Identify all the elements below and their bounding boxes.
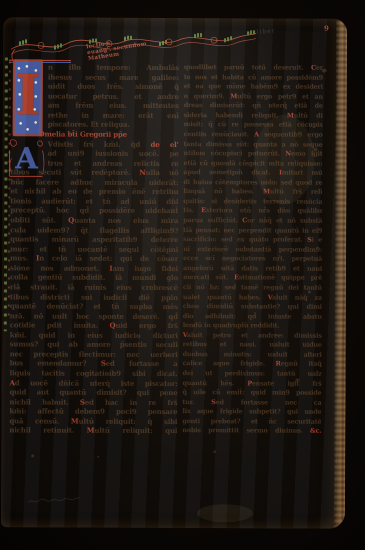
- text-line: sideria habendi reliquit. Multū di: [184, 111, 323, 121]
- text-line: parua sufficiūt. Cor nāq̄ et nō substā: [183, 216, 322, 226]
- parchment-stain: [213, 450, 216, 453]
- text-line: nichil retinuit. Multū reliquit: qui: [9, 426, 177, 436]
- manuscript-page: lectio s. euang'. secundum Matheum a lib…: [1, 17, 347, 528]
- text-line: sacrificio: sed ex quāto proferat. Si e: [183, 235, 322, 245]
- text-line: mercati sūt. Estimationē quippe prē: [183, 273, 322, 283]
- photo-backdrop: lectio s. euang'. secundum Matheum a lib…: [0, 0, 365, 550]
- text-line: q̄ uile cū emit̄: quid min9 posside: [182, 388, 321, 398]
- faded-inscription: [27, 494, 81, 506]
- text-line: retibus et naui. ualuit uidue: [183, 340, 322, 350]
- text-line: te nos et habita cū amore possidēm9: [184, 73, 323, 83]
- parchment-stain: [97, 456, 99, 458]
- text-line: tiā pensat: nec perpendit quantū in ei9: [183, 226, 322, 236]
- text-column-left: n illo tempore: Ambulāsihesus secus mare…: [9, 62, 179, 436]
- text-column-right: quodlibet paruū totū deseruit. Certe nos…: [182, 63, 323, 437]
- text-line: nī exteriorē substantiā perpendim9:: [183, 245, 322, 255]
- text-line: calice aque frigide. Regnū itaq̄: [183, 359, 322, 369]
- book-fore-edge: [334, 19, 347, 529]
- text-line: lendū in quadruplū reddidit.: [183, 321, 322, 331]
- text-line: quantū hēs. Pensate igit frs̄: [182, 379, 321, 389]
- text-line: cii nō hz: sed tamē regnū dei tantū: [183, 283, 322, 293]
- parchment-stain: [308, 291, 311, 294]
- text-line: nobis promittit sermo diuinus. &c.: [182, 426, 321, 436]
- text-line: angelorū uitā datis retib9 et naui: [183, 264, 322, 274]
- text-line: cheo dimidiū substantie? qui dimi: [183, 302, 322, 312]
- text-line: o querim9. Multū ergo petr9 et an: [184, 92, 323, 102]
- parchment-stain: [322, 69, 327, 73]
- text-line: lix aque frigide subpetit? qui unde: [182, 407, 321, 417]
- folio-number: 9: [324, 24, 329, 33]
- text-line: quodlibet paruū totū deseruit. Cer: [184, 63, 323, 73]
- parchment-stain: [314, 148, 318, 152]
- text-line: ecce scī negociatores nr̄i. perpetuā: [183, 254, 322, 264]
- text-line: et ea que mīme habēm9 ex desideri: [184, 82, 323, 92]
- parchment-stain: [197, 504, 253, 522]
- text-line: dei ut perdiximus: tantū ualz: [183, 369, 322, 379]
- text-line: quitis: si desideriis terrenis renūcia: [183, 197, 322, 207]
- text-line: dio adhibuit: qd̄ iniuste abstu: [183, 312, 322, 322]
- text-line: Valuit petro et andree: dimissis: [183, 331, 322, 341]
- text-line: tur. Sed fortasse nec ca: [182, 398, 321, 408]
- parchment-stain: [31, 454, 34, 457]
- text-line: ualet quantū habes. Valuit nāq̄ za: [183, 293, 322, 303]
- faded-marginal-annotation: a liber: [249, 28, 276, 37]
- text-line: duobus minutis: ualuit alteri: [183, 350, 322, 360]
- parchment-stain: [254, 114, 314, 204]
- text-line: genti prebeat? et n̄c securitatē: [182, 417, 321, 427]
- parchment-stain: [296, 379, 300, 382]
- text-line: dreas dimiserūt: qn̄ uterq̄ etiā de: [184, 101, 323, 111]
- text-line: tis. Exteriora etn̄ nr̄a dn̄o quālibz: [183, 206, 322, 216]
